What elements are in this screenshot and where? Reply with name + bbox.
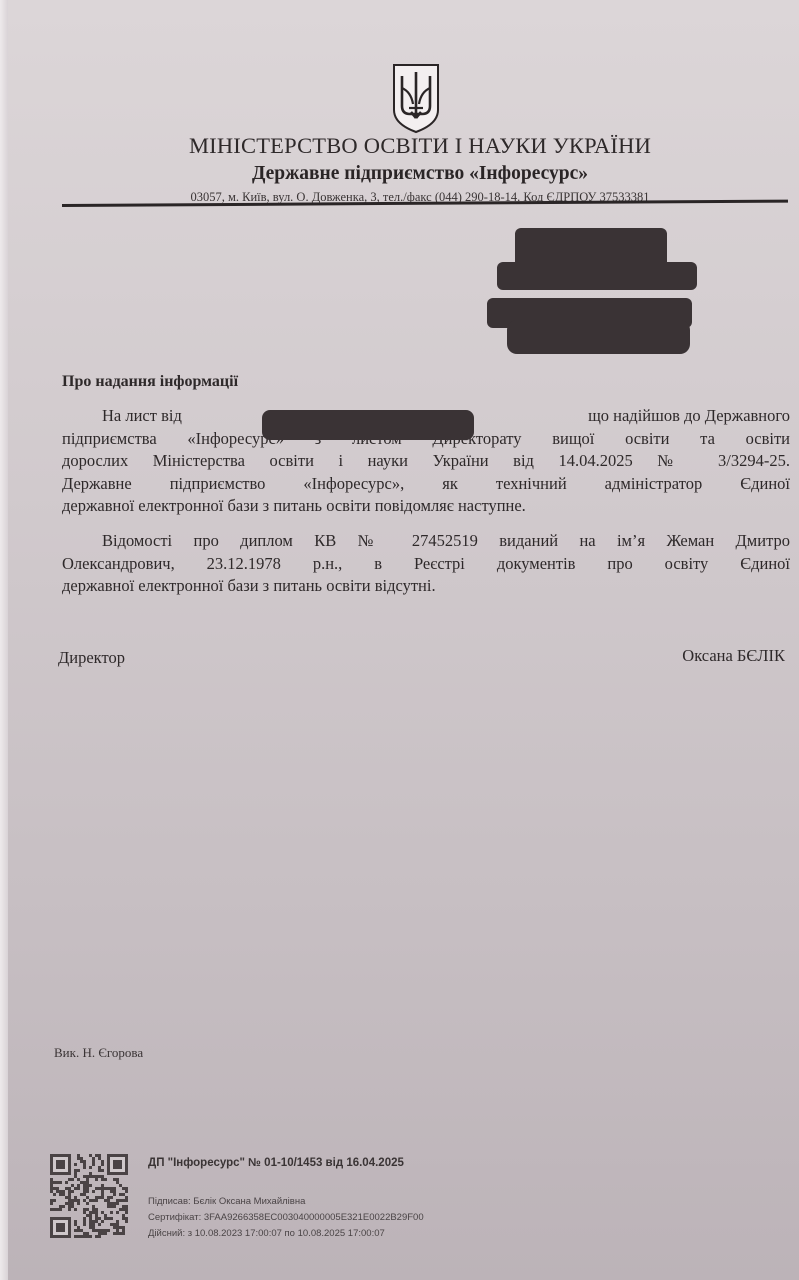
body-paragraph-2: Відомості про диплом КВ № 27452519 видан… (62, 530, 790, 598)
enterprise-name: Державне підприємство «Інфоресурс» (0, 163, 799, 185)
redaction-mark-sender-letter (262, 410, 474, 440)
document-registration-number: ДП "Інфоресурс" № 01-10/1453 від 16.04.2… (148, 1157, 404, 1169)
ministry-title: МІНІСТЕРСТВО ОСВІТИ І НАУКИ УКРАЇНИ (0, 133, 799, 159)
paragraph-line: Державне підприємство «Інфоресурс», як т… (62, 473, 790, 496)
qr-code-icon (50, 1154, 128, 1238)
redaction-mark (507, 320, 690, 354)
paragraph-line: Олександрович, 23.12.1978 р.н., в Реєстр… (62, 553, 790, 576)
paragraph-line: державної електронної бази з питань осві… (62, 575, 790, 598)
paragraph-line: дорослих Міністерства освіти і науки Укр… (62, 450, 790, 473)
executor-note: Вик. Н. Єгорова (54, 1045, 143, 1061)
signed-by: Підписав: Бєлік Оксана Михайлівна (148, 1196, 305, 1207)
trident-emblem-icon (391, 62, 441, 134)
certificate-id: Сертифікат: 3FAA9266358EC003040000005E32… (148, 1212, 424, 1223)
paragraph-line: Відомості про диплом КВ № 27452519 видан… (62, 530, 790, 553)
signatory-title: Директор (58, 648, 125, 668)
letter-subject: Про надання інформації (62, 373, 238, 391)
paragraph-line: державної електронної бази з питань осві… (62, 495, 790, 518)
redaction-mark (497, 262, 697, 290)
signatory-name: Оксана БЄЛІК (682, 646, 785, 666)
certificate-validity: Дійсний: з 10.08.2023 17:00:07 по 10.08.… (148, 1228, 385, 1239)
